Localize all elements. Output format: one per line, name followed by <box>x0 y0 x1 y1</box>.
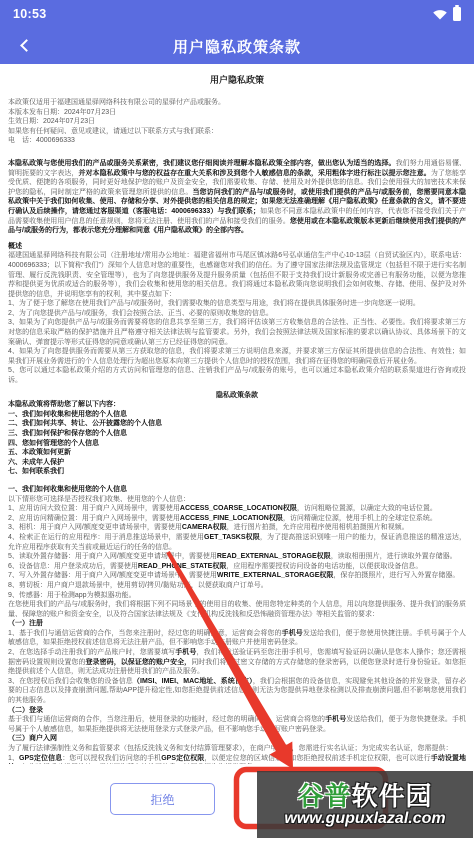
page-title: 用户隐私政策条款 <box>173 36 301 57</box>
clock: 10:53 <box>13 7 46 21</box>
policy-paragraph: 本政策仅适用于福建国通星驿网络科技有限公司的星驿付产品或服务。 <box>8 98 466 108</box>
policy-paragraph: 5、您可以通过本隐私政策介绍的方式访问和管理您的信息、注销我们产品与/或服务的账… <box>8 366 466 385</box>
policy-paragraph: 三、我们如何保护和保存您的个人信息 <box>8 429 466 439</box>
watermark-site-name-green: 谷普 <box>297 781 351 811</box>
policy-paragraph: 二、我们如何共享、转让、公开披露您的个人信息 <box>8 419 466 429</box>
policy-paragraph: 本隐私政策与您使用我们的产品或服务关系紧密，我们建议您仔细阅读并理解本隐私政策全… <box>8 159 466 236</box>
watermark-site-name-white: 软件园 <box>352 781 433 811</box>
wifi-icon <box>433 9 447 20</box>
policy-paragraph: 2、为了向您提供产品与/或服务，我们会按照合法、正当、必要的原则收集您的信息。 <box>8 309 466 319</box>
watermark-site-name: 谷普软件园 <box>297 782 432 810</box>
policy-paragraph: （一）注册 <box>8 619 466 629</box>
policy-paragraph: 本隐私政策将帮助您了解以下内容： <box>8 400 466 410</box>
policy-paragraph: 4、检索正在运行的应用程序：用于消息推送场景中，需要使用GET_TASKS权限，… <box>8 533 466 552</box>
policy-paragraph: （二）登录 <box>8 706 466 716</box>
policy-paragraph: 1、为了便于您了解您在使用我们产品与/或服务时，我们需要收集的信息类型与用途，我… <box>8 299 466 309</box>
policy-paragraph: 隐私政策条款 <box>8 391 466 401</box>
policy-paragraph: 9、传感器：用于检测app为模拟器功能。 <box>8 591 466 601</box>
policy-paragraph: 生效日期：2024年07月23日 <box>8 117 466 127</box>
policy-paragraph: 一、我们如何收集和使用您的个人信息 <box>8 485 466 495</box>
policy-paragraph: 2、应用访问精确位置：用于商户入网场景中，需要使用ACCESS_FINE_LOC… <box>8 514 466 524</box>
policy-paragraph: 3、如果为了向您提供产品与/或服务而需要将您的信息共享至第三方，我们将评估该第三… <box>8 318 466 347</box>
policy-paragraph: 四、您如何管理您的个人信息 <box>8 439 466 449</box>
policy-paragraph: 6、设备信息：用户登录成功后，需要使用READ_PHONE_STATE权限，应用… <box>8 562 466 572</box>
watermark: 谷普软件园 www.gupuxlazal.com <box>257 771 473 838</box>
policy-paragraph: 1、应用访问大致位置：用于商户入网场景中，需要使用ACCESS_COARSE_L… <box>8 504 466 514</box>
policy-paragraph: 以下情形您可选择是否授权我们收集、使用您的个人信息： <box>8 495 466 505</box>
policy-paragraph: 五、本政策如何更新 <box>8 448 466 458</box>
policy-paragraph: 3、相机：用于商户入网/额度变更申请场景中，需要使用CAMERA权限，进行图片拍… <box>8 523 466 533</box>
chevron-left-icon <box>20 39 33 52</box>
policy-paragraph: 1、GPS定位信息：您可以授权我们访问您的手机GPS定位权限，以便定位您的区域信… <box>8 754 466 764</box>
app-bar: 用户隐私政策条款 <box>0 28 474 64</box>
policy-paragraph: 电 话：4000696333 <box>8 136 466 146</box>
policy-paragraph: 七、如何联系我们 <box>8 467 466 477</box>
policy-paragraph: 概述 <box>8 242 466 252</box>
watermark-url: www.gupuxlazal.com <box>284 810 445 828</box>
policy-paragraph: （三）商户入网 <box>8 734 466 744</box>
policy-scroll-area[interactable]: 用户隐私政策 本政策仅适用于福建国通星驿网络科技有限公司的星驿付产品或服务。本版… <box>0 64 474 764</box>
policy-paragraph: 一、我们如何收集和使用您的个人信息 <box>8 410 466 420</box>
policy-paragraph: 4、如果为了向您提供服务而需要从第三方获取您的信息，我们将要求第三方说明信息来源… <box>8 347 466 366</box>
policy-paragraph: 福建国通星驿网络科技有限公司（注册地址/常用办公地址：福建省福州市马尾区镇冰路6… <box>8 251 466 299</box>
back-button[interactable] <box>16 40 42 56</box>
policy-paragraph: 5、读取外置存储器：用于商户入网/额度变更申请场景中，需要使用READ_EXTE… <box>8 552 466 562</box>
document-title: 用户隐私政策 <box>8 73 466 86</box>
phone-screen: 10:53 用户隐私政策条款 用户隐私政策 本政策仅适用于福建国通星驿网络科技有… <box>0 0 474 844</box>
status-bar: 10:53 <box>0 0 474 28</box>
policy-paragraph: 基于我们与通信运营商的合作，当您注册后，使用登录的功能时，经过您的明确同意，运营… <box>8 715 466 734</box>
policy-body: 本政策仅适用于福建国通星驿网络科技有限公司的星驿付产品或服务。本版本发布日期：2… <box>8 98 466 764</box>
policy-paragraph: 为了履行法律强制性义务和监管要求（包括反洗钱义务和支付结算管理要求），在商户申请… <box>8 744 466 754</box>
policy-paragraph: 2、在您选择手动注册我们的产品账户时，您需要填写手机号，我们将发送验证码至您注册… <box>8 648 466 677</box>
policy-paragraph: 在您使用我们的产品与/或服务时，我们将根据下列不同场景下的使用目的收集、使用您特… <box>8 600 466 619</box>
reject-button[interactable]: 拒绝 <box>110 783 215 815</box>
battery-icon <box>453 7 461 21</box>
policy-paragraph: 1、基于我们与通信运营商的合作，当您来注册时，经过您的明确同意，运营商会将您的手… <box>8 629 466 648</box>
policy-paragraph: 8、剪切板：用户商户退款场景中，使用剪切/拷贝/黏贴功能，以便获取商户订单号。 <box>8 581 466 591</box>
policy-paragraph: 六、未成年人保护 <box>8 458 466 468</box>
policy-paragraph: 7、写入外置存储器：用于商户入网/额度变更申请场景中，需要使用WRITE_EXT… <box>8 571 466 581</box>
policy-paragraph: 本版本发布日期：2024年07月23日 <box>8 108 466 118</box>
status-icons <box>433 7 461 21</box>
policy-paragraph: 3、在您授权后我们会收集您的设备信息（IMSI、IMEI、MAC地址、系统日志）… <box>8 677 466 706</box>
policy-paragraph: 如果您有任何疑问、意见或建议，请通过以下联系方式与我们联系： <box>8 127 466 137</box>
